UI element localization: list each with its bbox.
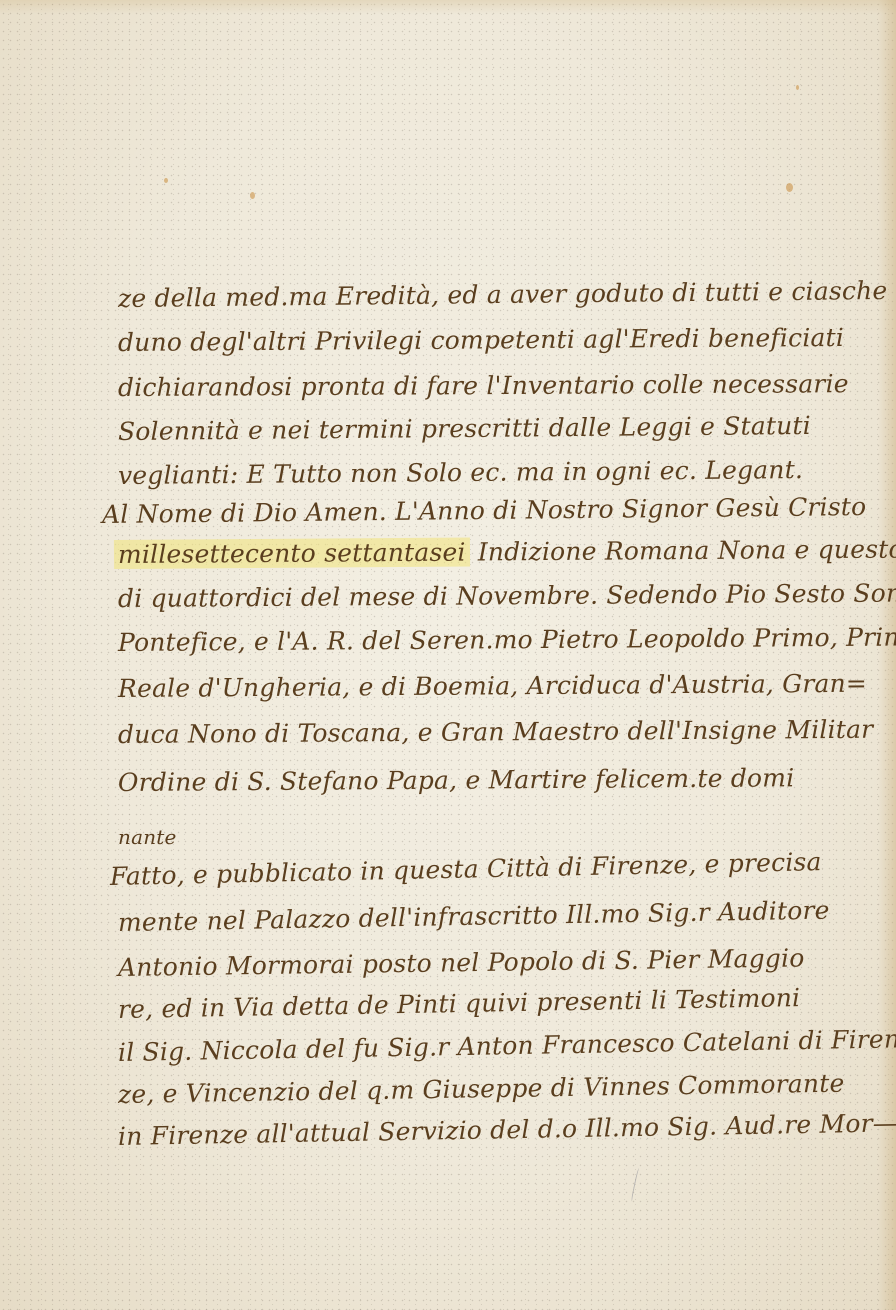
manuscript-line: re, ed in Via detta de Pinti quivi prese… — [118, 983, 801, 1024]
manuscript-line: duno degl'altri Privilegi competenti agl… — [118, 323, 844, 357]
line-text: Ordine di S. Stefano Papa, e Martire fel… — [118, 763, 795, 797]
line-text: Al Nome di Dio Amen. L'Anno di Nostro Si… — [102, 492, 867, 529]
manuscript-line: nante — [118, 825, 177, 849]
manuscript-line: in Firenze all'attual Servizio del d.o I… — [118, 1108, 896, 1151]
line-text: mente nel Palazzo dell'infrascritto Ill.… — [118, 896, 830, 937]
line-text: in Firenze all'attual Servizio del d.o I… — [118, 1108, 896, 1151]
line-text: Solennità e nei termini prescritti dalle… — [118, 411, 811, 446]
line-text: Fatto, e pubblicato in questa Città di F… — [110, 847, 822, 891]
line-text: ze, e Vincenzio del q.m Giuseppe di Vinn… — [118, 1069, 845, 1109]
line-text: ze della med.ma Eredità, ed a aver godut… — [118, 276, 888, 313]
manuscript-line: mente nel Palazzo dell'infrascritto Ill.… — [118, 896, 830, 937]
manuscript-page: ze della med.ma Eredità, ed a aver godut… — [0, 0, 896, 1310]
paper-top-edge — [0, 0, 896, 14]
foxing-spot — [164, 178, 168, 183]
manuscript-line: Reale d'Ungheria, e di Boemia, Arciduca … — [118, 669, 867, 703]
foxing-spot — [250, 192, 255, 199]
line-text: Pontefice, e l'A. R. del Seren.mo Pietro… — [118, 622, 896, 657]
foxing-spot — [796, 85, 799, 90]
line-text: duno degl'altri Privilegi competenti agl… — [118, 323, 844, 357]
manuscript-line: Ordine di S. Stefano Papa, e Martire fel… — [118, 763, 795, 797]
line-text: Antonio Mormorai posto nel Popolo di S. … — [118, 943, 805, 982]
manuscript-line: il Sig. Niccola del fu Sig.r Anton Franc… — [118, 1024, 896, 1067]
line-text: dichiarandosi pronta di fare l'Inventari… — [118, 369, 849, 402]
line-text: il Sig. Niccola del fu Sig.r Anton Franc… — [118, 1024, 896, 1067]
manuscript-line: Fatto, e pubblicato in questa Città di F… — [110, 847, 822, 891]
line-text: re, ed in Via detta de Pinti quivi prese… — [118, 983, 801, 1024]
pencil-mark — [631, 1168, 642, 1202]
manuscript-line: millesettecento settantasei Indizione Ro… — [118, 535, 896, 569]
manuscript-line: di quattordici del mese di Novembre. Sed… — [118, 578, 896, 613]
manuscript-line: Pontefice, e l'A. R. del Seren.mo Pietro… — [118, 622, 896, 657]
manuscript-line: Solennità e nei termini prescritti dalle… — [118, 411, 811, 446]
line-text: Reale d'Ungheria, e di Boemia, Arciduca … — [118, 669, 867, 703]
manuscript-line: duca Nono di Toscana, e Gran Maestro del… — [118, 715, 873, 749]
line-text: nante — [118, 825, 177, 849]
manuscript-line: veglianti: E Tutto non Solo ec. ma in og… — [118, 455, 803, 490]
line-text: Indizione Romana Nona e questo — [470, 535, 896, 567]
line-text: duca Nono di Toscana, e Gran Maestro del… — [118, 715, 873, 749]
line-text: veglianti: E Tutto non Solo ec. ma in og… — [118, 455, 803, 490]
manuscript-line: ze, e Vincenzio del q.m Giuseppe di Vinn… — [118, 1069, 845, 1109]
highlighted-text: millesettecento settantasei — [114, 538, 470, 569]
foxing-spot — [786, 183, 793, 192]
manuscript-line: Al Nome di Dio Amen. L'Anno di Nostro Si… — [102, 492, 867, 529]
manuscript-line: dichiarandosi pronta di fare l'Inventari… — [118, 369, 849, 402]
manuscript-line: ze della med.ma Eredità, ed a aver godut… — [118, 276, 888, 313]
line-text: di quattordici del mese di Novembre. Sed… — [118, 578, 896, 613]
manuscript-line: Antonio Mormorai posto nel Popolo di S. … — [118, 943, 805, 982]
